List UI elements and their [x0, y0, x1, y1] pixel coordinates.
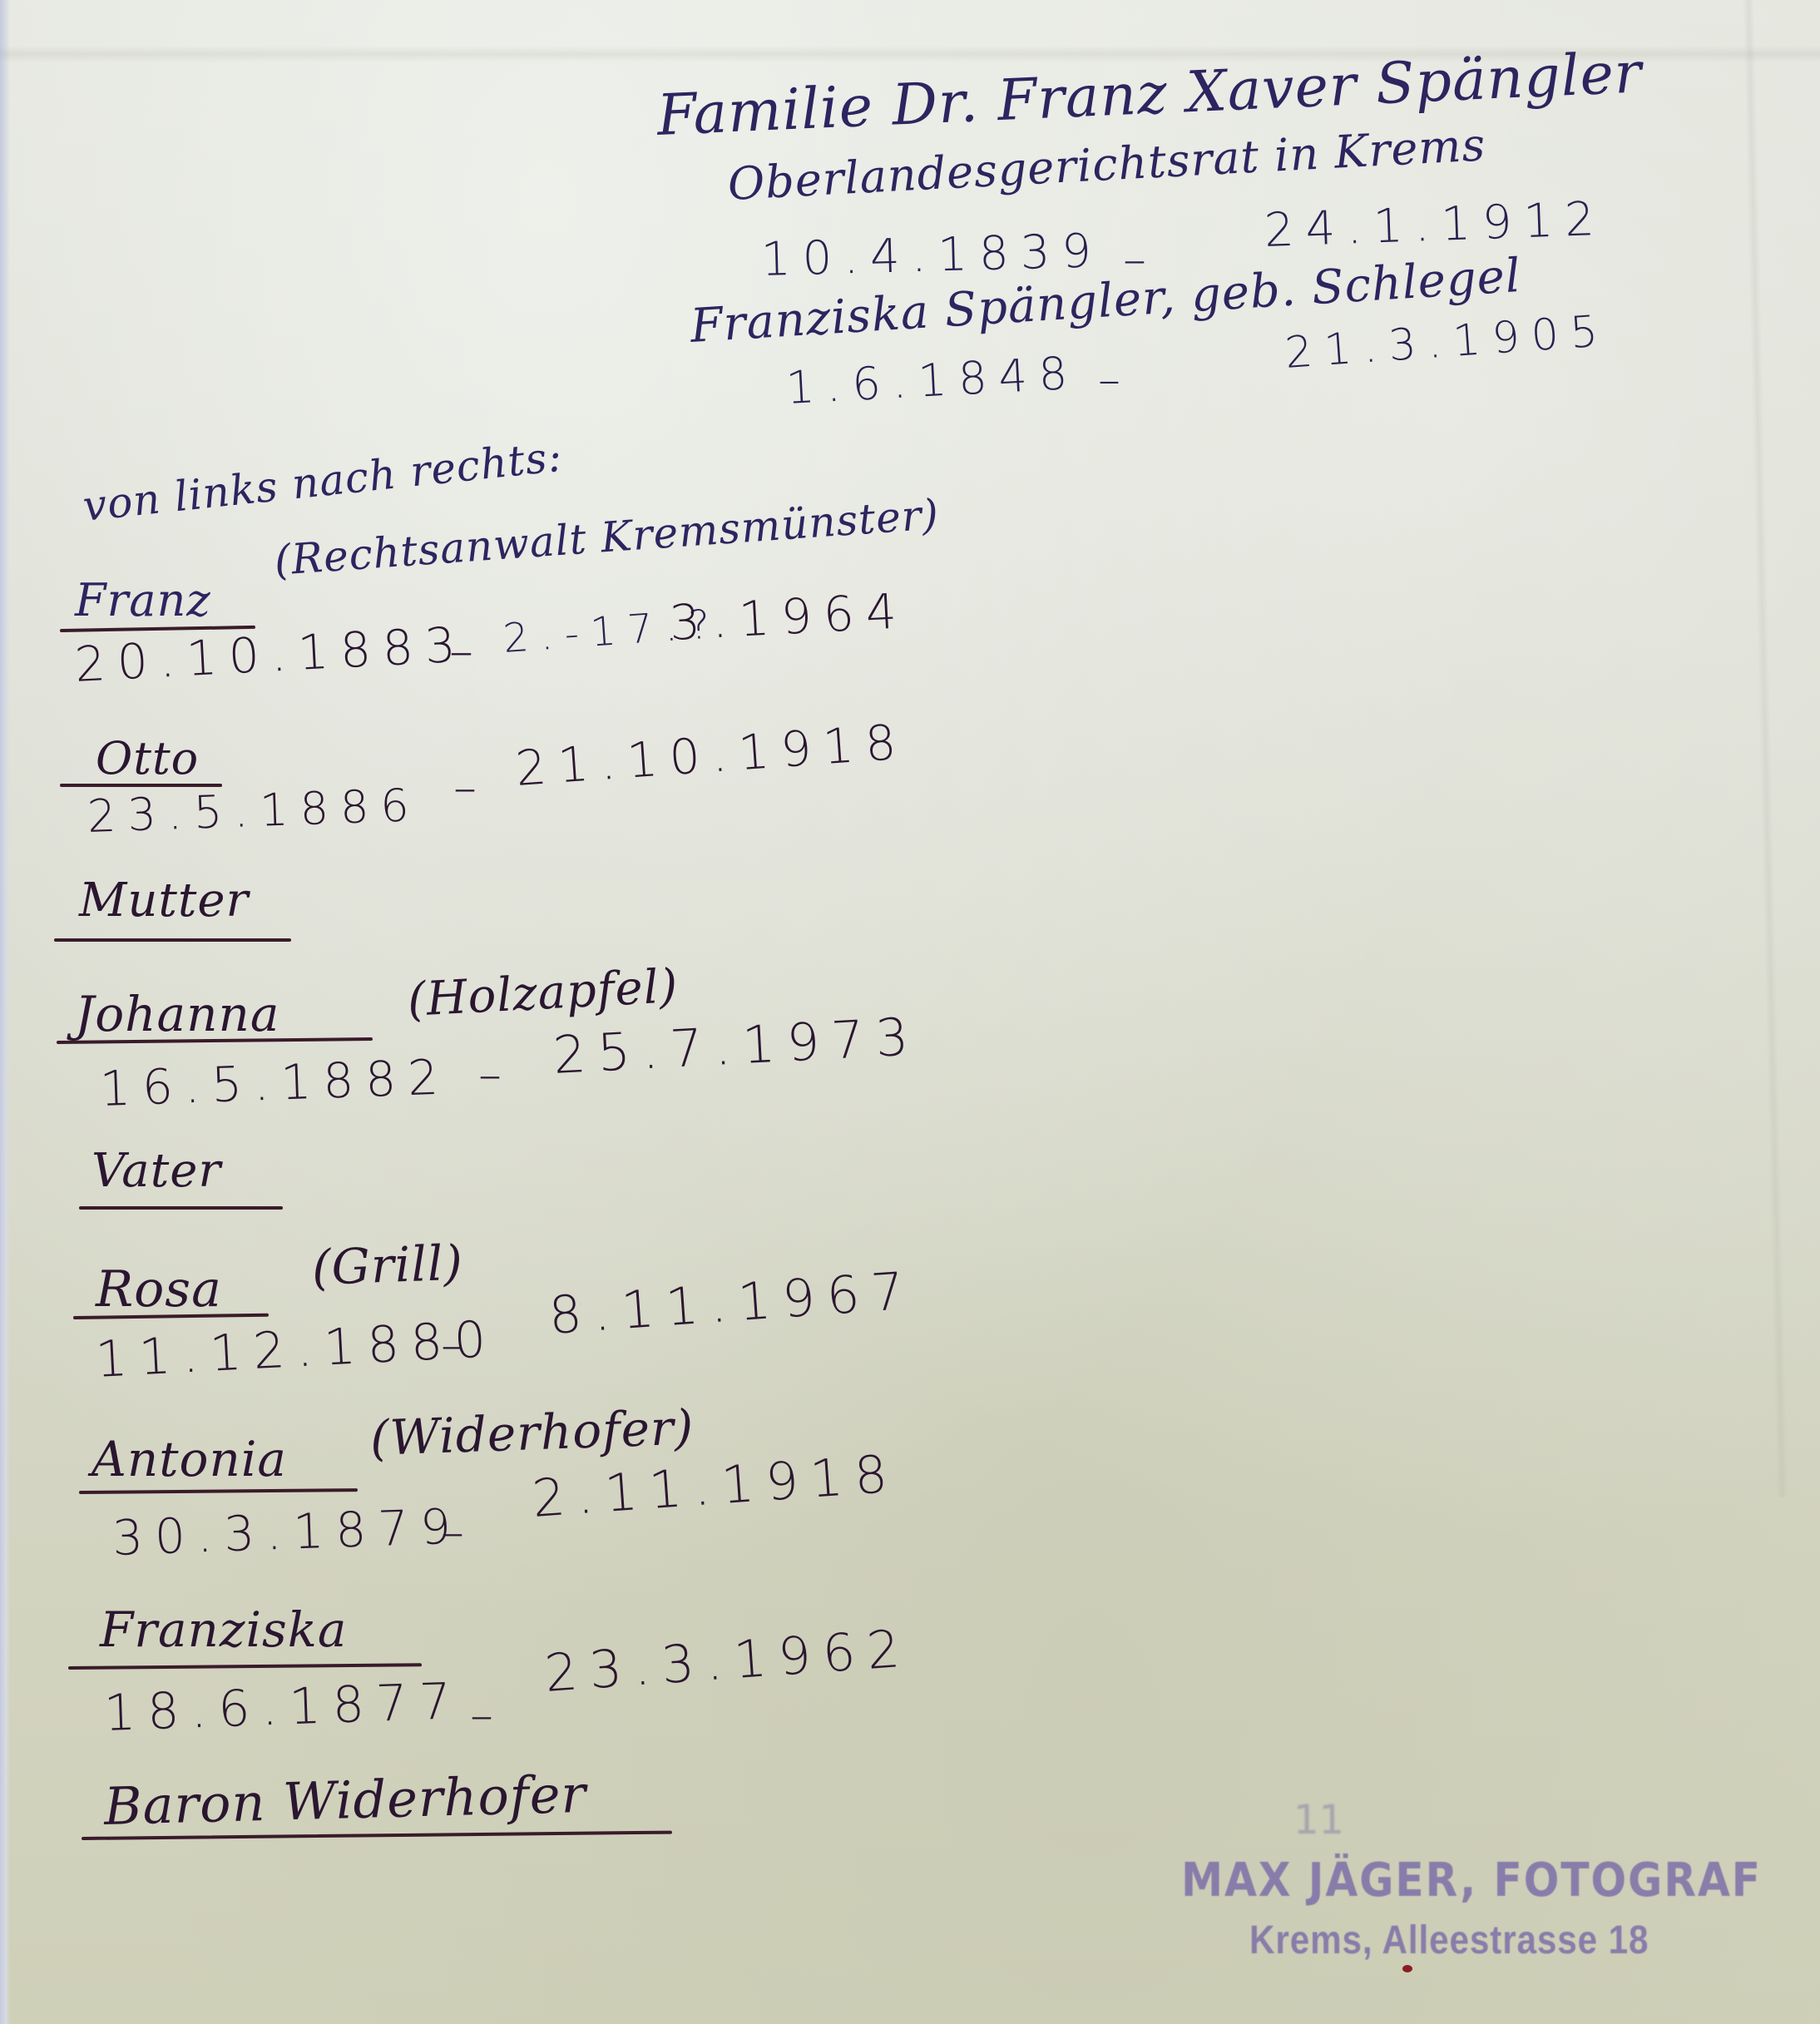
entry-name: Baron Widerhofer [103, 1764, 587, 1837]
stamp-mark: 11 [1293, 1797, 1344, 1843]
underline [54, 938, 291, 942]
stamp-address: Krems, Alleestrasse 18 [1249, 1918, 1649, 1963]
entry-name: Otto [96, 732, 199, 784]
entry-dash: – [470, 1689, 505, 1743]
header-mother-dash: – [1098, 354, 1132, 406]
entry-name: Rosa [96, 1260, 222, 1319]
entry-dash: – [478, 1048, 513, 1102]
entry-note: (Widerhofer) [369, 1398, 695, 1467]
entry-note: (Grill) [311, 1235, 464, 1296]
entry-name: Franziska [100, 1601, 348, 1658]
entry-name: Franz [75, 574, 211, 626]
stamp-photographer-name: MAX JÄGER, FOTOGRAF [1181, 1853, 1762, 1908]
entry-name: Antonia [91, 1431, 287, 1487]
entry-name: Mutter [79, 873, 249, 928]
entry-dash: – [441, 1319, 476, 1373]
paper-left-edge [0, 0, 10, 2024]
red-ink-dot [1402, 1965, 1412, 1972]
entry-dash: – [449, 622, 485, 679]
entry-dash: – [441, 1506, 476, 1560]
entry-dash: – [453, 761, 488, 815]
entry-name: Vater [91, 1144, 221, 1198]
underline [79, 1206, 283, 1210]
entry-name: Johanna [75, 986, 279, 1042]
